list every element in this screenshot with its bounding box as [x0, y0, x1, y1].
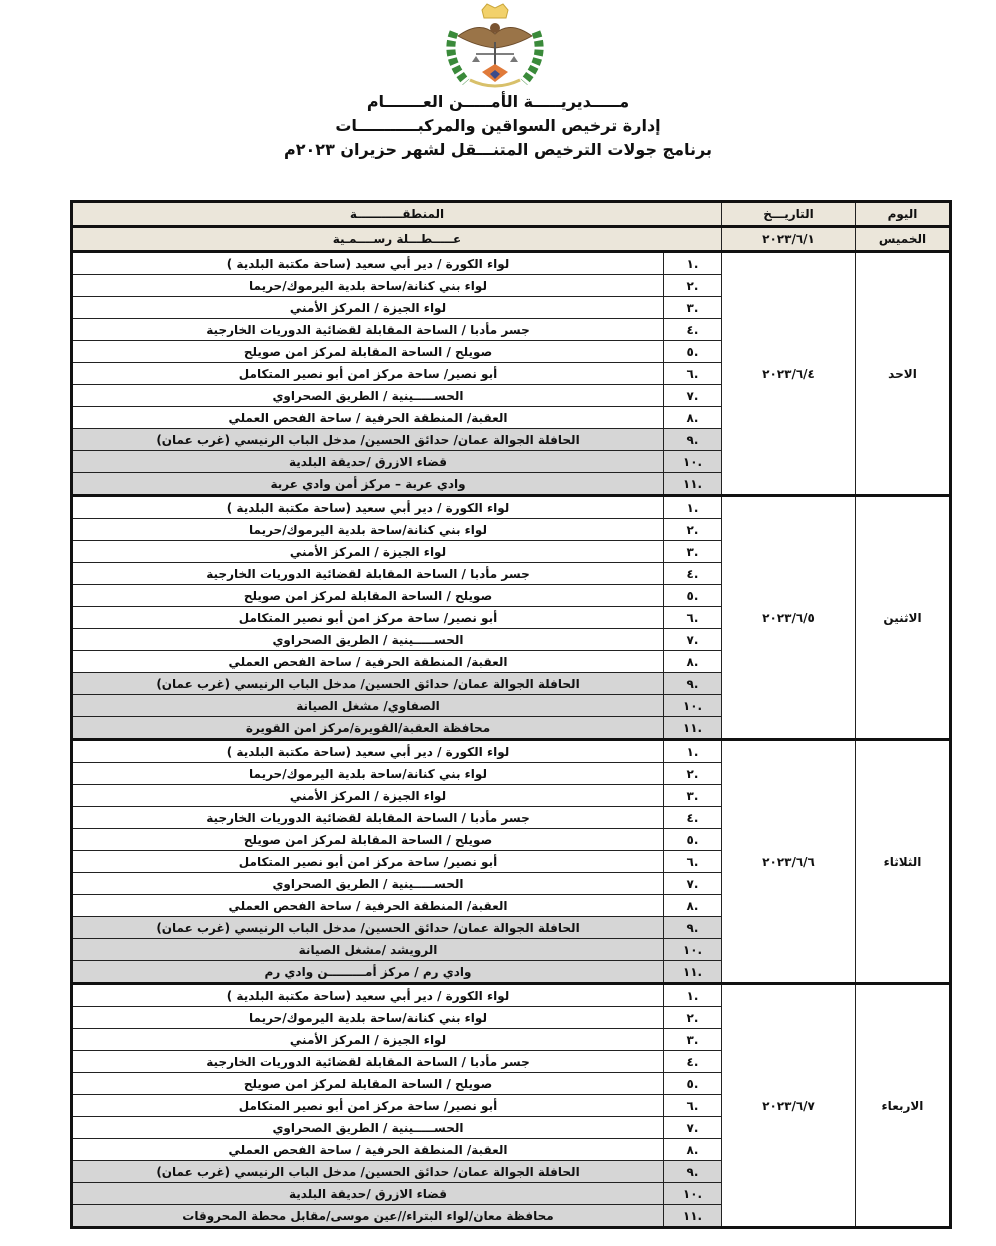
area-cell: لواء الكورة / دير أبي سعيد (ساحة مكتبة ا… [72, 740, 664, 763]
program-title: برنامج جولات الترخيص المتنـــقل لشهر حزي… [0, 140, 996, 160]
area-cell: الحافلة الجوالة عمان/ حدائق الحسين/ مدخل… [72, 1161, 664, 1183]
row-number: .٧ [664, 385, 722, 407]
date-cell: ٢٠٢٣/٦/٧ [722, 984, 856, 1228]
area-cell: محافظة معان/لواء البتراء//عين موسى/مقابل… [72, 1205, 664, 1228]
holiday-note: عـــــطـــلة رســــمـية [72, 227, 722, 252]
area-cell: وادي عربة – مركز أمن وادي عربة [72, 473, 664, 496]
area-cell: لواء الجيزة / المركز الأمني [72, 785, 664, 807]
row-number: .٨ [664, 407, 722, 429]
area-cell: لواء بني كنانة/ساحة بلدية اليرموك/حريما [72, 763, 664, 785]
area-cell: صويلح / الساحة المقابلة لمركز امن صويلح [72, 829, 664, 851]
row-number: .٤ [664, 319, 722, 341]
row-number: .٦ [664, 607, 722, 629]
day-cell: الاحد [856, 252, 951, 496]
area-cell: جسر مأدبا / الساحة المقابلة لقضائية الدو… [72, 1051, 664, 1073]
directorate-title: مـــــديريـــــة الأمـــــن العـــــــام [0, 92, 996, 112]
row-number: .٣ [664, 541, 722, 563]
day-cell: الثلاثاء [856, 740, 951, 984]
area-cell: لواء الجيزة / المركز الأمني [72, 1029, 664, 1051]
area-cell: أبو نصير/ ساحة مركز امن أبو نصير المتكام… [72, 607, 664, 629]
department-title: إدارة ترخيص السواقين والمركبـــــــــــا… [0, 116, 996, 136]
row-number: .٤ [664, 807, 722, 829]
area-cell: صويلح / الساحة المقابلة لمركز امن صويلح [72, 1073, 664, 1095]
row-number: .٣ [664, 785, 722, 807]
row-number: .٩ [664, 429, 722, 451]
area-cell: جسر مأدبا / الساحة المقابلة لقضائية الدو… [72, 807, 664, 829]
row-number: .٣ [664, 1029, 722, 1051]
holiday-row: الخميس ٢٠٢٣/٦/١ عـــــطـــلة رســــمـية [72, 227, 951, 252]
column-header-day: اليوم [856, 202, 951, 227]
row-number: .٨ [664, 1139, 722, 1161]
row-number: .٥ [664, 829, 722, 851]
area-cell: لواء الكورة / دير أبي سعيد (ساحة مكتبة ا… [72, 496, 664, 519]
area-cell: لواء بني كنانة/ساحة بلدية اليرموك/حريما [72, 275, 664, 297]
row-number: .٢ [664, 275, 722, 297]
row-number: .٢ [664, 519, 722, 541]
row-number: .٢ [664, 1007, 722, 1029]
schedule-table: اليوم التاريـــخ المنطقـــــــــــة الخم… [70, 200, 952, 1229]
row-number: .١١ [664, 1205, 722, 1228]
row-number: .٩ [664, 673, 722, 695]
area-cell: أبو نصير/ ساحة مركز امن أبو نصير المتكام… [72, 363, 664, 385]
area-cell: العقبة/ المنطقة الحرفية / ساحة الفحص الع… [72, 651, 664, 673]
area-cell: صويلح / الساحة المقابلة لمركز امن صويلح [72, 341, 664, 363]
row-number: .١ [664, 496, 722, 519]
row-number: .٧ [664, 629, 722, 651]
area-cell: وادي رم / مركز أمـــــــــن وادي رم [72, 961, 664, 984]
area-cell: الحســـــينية / الطريق الصحراوي [72, 629, 664, 651]
area-cell: الحافلة الجوالة عمان/ حدائق الحسين/ مدخل… [72, 429, 664, 451]
area-cell: قضاء الازرق /حديقة البلدية [72, 451, 664, 473]
table-row: الاثنين٢٠٢٣/٦/٥.١لواء الكورة / دير أبي س… [72, 496, 951, 519]
holiday-date: ٢٠٢٣/٦/١ [722, 227, 856, 252]
document-header: مـــــديريـــــة الأمـــــن العـــــــام… [0, 0, 996, 170]
row-number: .٦ [664, 851, 722, 873]
area-cell: لواء الكورة / دير أبي سعيد (ساحة مكتبة ا… [72, 984, 664, 1007]
row-number: .١٠ [664, 451, 722, 473]
row-number: .٩ [664, 917, 722, 939]
row-number: .١١ [664, 717, 722, 740]
row-number: .٥ [664, 585, 722, 607]
column-header-date: التاريـــخ [722, 202, 856, 227]
column-header-area: المنطقـــــــــــة [72, 202, 722, 227]
row-number: .٥ [664, 1073, 722, 1095]
row-number: .٦ [664, 363, 722, 385]
date-cell: ٢٠٢٣/٦/٥ [722, 496, 856, 740]
table-row: الاربعاء٢٠٢٣/٦/٧.١لواء الكورة / دير أبي … [72, 984, 951, 1007]
area-cell: العقبة/ المنطقة الحرفية / ساحة الفحص الع… [72, 895, 664, 917]
holiday-day: الخميس [856, 227, 951, 252]
row-number: .٧ [664, 1117, 722, 1139]
public-security-emblem-icon [440, 2, 550, 90]
area-cell: لواء الجيزة / المركز الأمني [72, 297, 664, 319]
area-cell: قضاء الازرق /حديقة البلدية [72, 1183, 664, 1205]
area-cell: العقبة/ المنطقة الحرفية / ساحة الفحص الع… [72, 1139, 664, 1161]
area-cell: الحســـــينية / الطريق الصحراوي [72, 873, 664, 895]
area-cell: الرويشد /مشغل الصيانة [72, 939, 664, 961]
row-number: .١ [664, 984, 722, 1007]
area-cell: لواء بني كنانة/ساحة بلدية اليرموك/حريما [72, 519, 664, 541]
area-cell: صويلح / الساحة المقابلة لمركز امن صويلح [72, 585, 664, 607]
row-number: .١ [664, 252, 722, 275]
day-cell: الاربعاء [856, 984, 951, 1228]
row-number: .٨ [664, 895, 722, 917]
row-number: .٧ [664, 873, 722, 895]
area-cell: الحافلة الجوالة عمان/ حدائق الحسين/ مدخل… [72, 673, 664, 695]
area-cell: أبو نصير/ ساحة مركز امن أبو نصير المتكام… [72, 1095, 664, 1117]
area-cell: العقبة/ المنطقة الحرفية / ساحة الفحص الع… [72, 407, 664, 429]
row-number: .١١ [664, 961, 722, 984]
row-number: .١١ [664, 473, 722, 496]
table-row: الاحد٢٠٢٣/٦/٤.١لواء الكورة / دير أبي سعي… [72, 252, 951, 275]
row-number: .٢ [664, 763, 722, 785]
row-number: .١٠ [664, 695, 722, 717]
table-header-row: اليوم التاريـــخ المنطقـــــــــــة [72, 202, 951, 227]
schedule-body: الاحد٢٠٢٣/٦/٤.١لواء الكورة / دير أبي سعي… [72, 252, 951, 1228]
area-cell: جسر مأدبا / الساحة المقابلة لقضائية الدو… [72, 319, 664, 341]
row-number: .٣ [664, 297, 722, 319]
row-number: .٦ [664, 1095, 722, 1117]
row-number: .١٠ [664, 1183, 722, 1205]
date-cell: ٢٠٢٣/٦/٦ [722, 740, 856, 984]
area-cell: الحافلة الجوالة عمان/ حدائق الحسين/ مدخل… [72, 917, 664, 939]
row-number: .٤ [664, 563, 722, 585]
day-cell: الاثنين [856, 496, 951, 740]
row-number: .٩ [664, 1161, 722, 1183]
row-number: .٨ [664, 651, 722, 673]
row-number: .١٠ [664, 939, 722, 961]
row-number: .٥ [664, 341, 722, 363]
date-cell: ٢٠٢٣/٦/٤ [722, 252, 856, 496]
area-cell: محافظة العقبة/القويرة/مركز امن القويرة [72, 717, 664, 740]
row-number: .١ [664, 740, 722, 763]
area-cell: الصفاوي/ مشغل الصيانة [72, 695, 664, 717]
table-row: الثلاثاء٢٠٢٣/٦/٦.١لواء الكورة / دير أبي … [72, 740, 951, 763]
area-cell: لواء الجيزة / المركز الأمني [72, 541, 664, 563]
area-cell: لواء بني كنانة/ساحة بلدية اليرموك/حريما [72, 1007, 664, 1029]
row-number: .٤ [664, 1051, 722, 1073]
area-cell: أبو نصير/ ساحة مركز امن أبو نصير المتكام… [72, 851, 664, 873]
area-cell: لواء الكورة / دير أبي سعيد (ساحة مكتبة ا… [72, 252, 664, 275]
area-cell: الحســـــينية / الطريق الصحراوي [72, 385, 664, 407]
area-cell: جسر مأدبا / الساحة المقابلة لقضائية الدو… [72, 563, 664, 585]
area-cell: الحســـــينية / الطريق الصحراوي [72, 1117, 664, 1139]
